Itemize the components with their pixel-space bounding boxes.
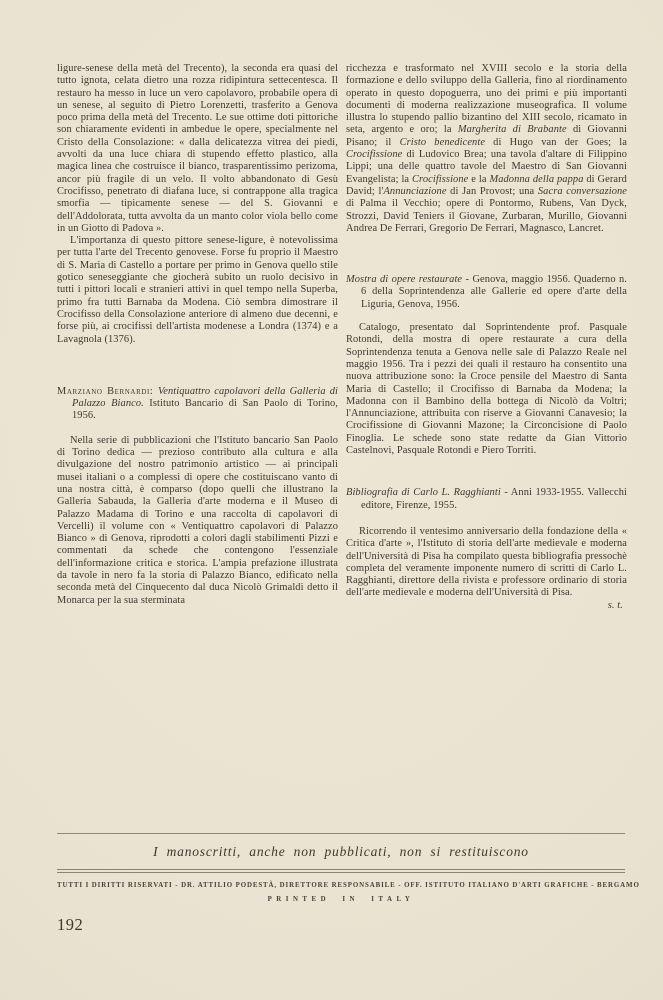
smallcaps-run: Marziano Bernardi: (57, 386, 158, 397)
body-paragraph: ligure-senese della metà del Trecento), … (57, 63, 338, 235)
manuscripts-notice: I manoscritti, anche non pubblicati, non… (57, 844, 625, 860)
italic-run: Annunciazione (383, 186, 446, 197)
text-run: Nella serie di pubblicazioni che l'Istit… (57, 435, 338, 606)
italic-run: Crocifissione (412, 174, 468, 185)
body-paragraph: ricchezza e trasformato nel XVIII secolo… (346, 63, 627, 235)
divider-rule-top (57, 833, 625, 834)
text-run: Ricorrendo il ventesimo anniversario del… (346, 526, 627, 598)
reference-entry: Marziano Bernardi: Ventiquattro capolavo… (57, 386, 338, 423)
imprint-line: TUTTI I DIRITTI RISERVATI - DR. ATTILIO … (57, 882, 625, 889)
italic-run: Sacra conversazione (538, 186, 627, 197)
divider-rule-double (57, 869, 625, 873)
text-run: L'importanza di questo pittore senese-li… (57, 235, 338, 344)
italic-run: Mostra di opere restaurate (346, 274, 462, 285)
printed-in-italy-line: PRINTED IN ITALY (57, 896, 625, 903)
scanned-page: ligure-senese della metà del Trecento), … (0, 0, 663, 1000)
italic-run: Crocifissione (346, 149, 402, 160)
text-run: e la (468, 174, 489, 185)
text-run: di Hugo van der Goes; la (485, 137, 627, 148)
text-run: Catalogo, presentato dal Soprintendente … (346, 322, 627, 456)
italic-run: Cristo benedicente (400, 137, 485, 148)
page-number: 192 (57, 915, 83, 935)
left-column: ligure-senese della metà del Trecento), … (57, 63, 338, 607)
italic-run: Bibliografia di Carlo L. Ragghianti (346, 487, 501, 498)
body-paragraph: Catalogo, presentato dal Soprintendente … (346, 322, 627, 457)
reference-entry: Bibliografia di Carlo L. Ragghianti - An… (346, 487, 627, 512)
signature: s. t. (346, 600, 627, 612)
italic-run: Madonna della pappa (489, 174, 583, 185)
text-run: di Jan Provost; una (447, 186, 538, 197)
body-paragraph: Nella serie di pubblicazioni che l'Istit… (57, 435, 338, 607)
italic-run: Margherita di Brabante (458, 124, 567, 135)
right-column: ricchezza e trasformato nel XVIII secolo… (346, 63, 627, 612)
body-paragraph: Ricorrendo il ventesimo anniversario del… (346, 526, 627, 600)
reference-entry: Mostra di opere restaurate - Genova, mag… (346, 274, 627, 311)
text-run: s. t. (608, 600, 623, 611)
text-run: ligure-senese della metà del Trecento), … (57, 63, 338, 234)
text-run: di Palma il Vecchio; opere di Pontormo, … (346, 198, 627, 234)
body-paragraph: L'importanza di questo pittore senese-li… (57, 235, 338, 346)
